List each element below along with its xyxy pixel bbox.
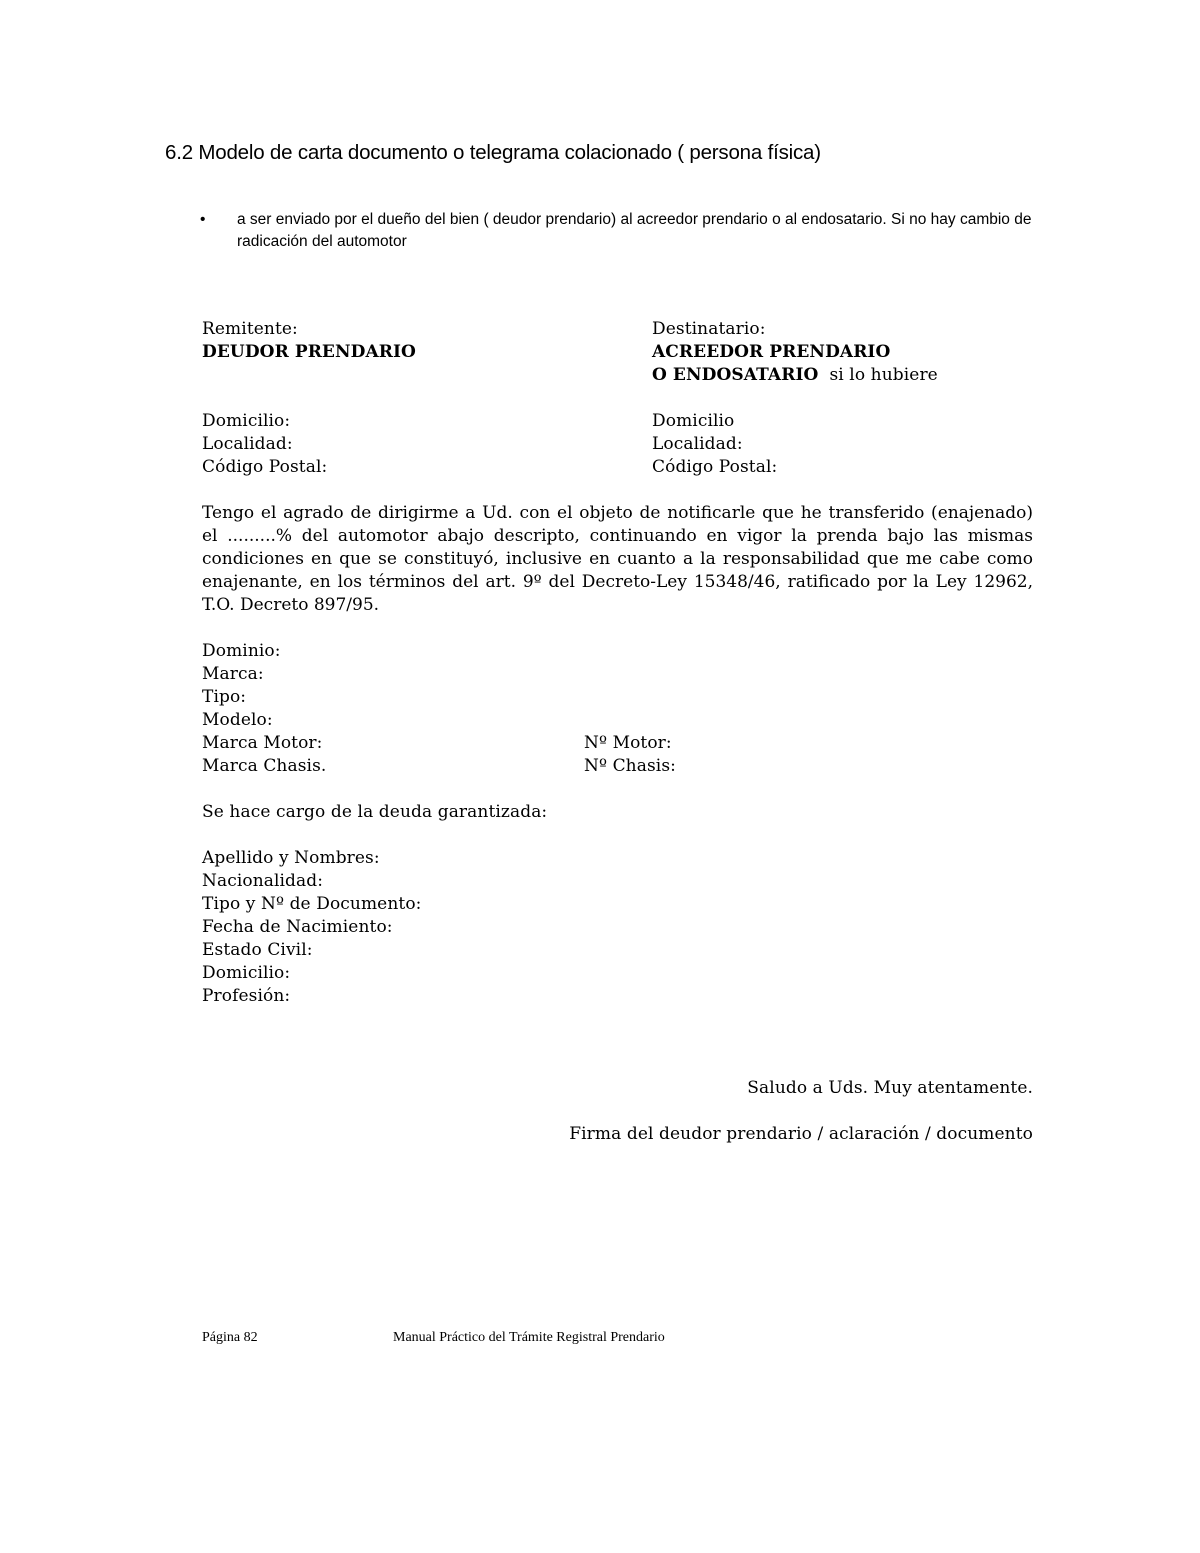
vehicle-model-field: Modelo: (202, 710, 273, 730)
sender-label: Remitente: (202, 318, 622, 341)
vehicle-type-field: Tipo: (202, 687, 246, 707)
bullet-text: a ser enviado por el dueño del bien ( de… (237, 209, 1040, 253)
recipient-block: Destinatario: ACREEDOR PRENDARIO O ENDOS… (652, 318, 1052, 479)
section-heading: 6.2 Modelo de carta documento o telegram… (165, 141, 821, 165)
vehicle-row: Tipo: (202, 686, 802, 709)
document-type-number-field: Tipo y Nº de Documento: (202, 893, 421, 916)
nationality-field: Nacionalidad: (202, 870, 421, 893)
closing-salutation: Saludo a Uds. Muy atentamente. (500, 1077, 1033, 1100)
vehicle-brand-field: Marca: (202, 664, 264, 684)
page-number: Página 82 (202, 1330, 258, 1346)
sender-name: DEUDOR PRENDARIO (202, 341, 622, 364)
footer-title: Manual Práctico del Trámite Registral Pr… (393, 1330, 665, 1346)
birth-date-field: Fecha de Nacimiento: (202, 916, 421, 939)
recipient-name-line1: ACREEDOR PRENDARIO (652, 341, 1052, 364)
bullet-item: • a ser enviado por el dueño del bien ( … (200, 209, 1040, 253)
marital-status-field: Estado Civil: (202, 939, 421, 962)
debt-assumption-text: Se hace cargo de la deuda garantizada: (202, 801, 547, 824)
person-details: Apellido y Nombres: Nacionalidad: Tipo y… (202, 847, 421, 1008)
address-field: Domicilio: (202, 962, 421, 985)
vehicle-details: Dominio: Marca: Tipo: Modelo: Marca Moto… (202, 640, 802, 778)
recipient-locality-field: Localidad: (652, 433, 1052, 456)
chassis-number-field: Nº Chasis: (584, 755, 676, 778)
vehicle-row: Dominio: (202, 640, 802, 663)
chassis-brand-field: Marca Chasis. (202, 756, 326, 776)
recipient-label: Destinatario: (652, 318, 1052, 341)
vehicle-row: Marca Motor: Nº Motor: (202, 732, 802, 755)
vehicle-row: Marca Chasis. Nº Chasis: (202, 755, 802, 778)
bullet-icon: • (200, 209, 230, 231)
vehicle-domain-field: Dominio: (202, 641, 281, 661)
vehicle-row: Marca: (202, 663, 802, 686)
engine-number-field: Nº Motor: (584, 732, 672, 755)
sender-block: Remitente: DEUDOR PRENDARIO Domicilio: L… (202, 318, 622, 479)
sender-address-field: Domicilio: (202, 410, 622, 433)
recipient-name-line2: O ENDOSATARIO (652, 365, 818, 385)
vehicle-row: Modelo: (202, 709, 802, 732)
signature-line: Firma del deudor prendario / aclaración … (480, 1123, 1033, 1146)
recipient-name-suffix: si lo hubiere (829, 365, 937, 385)
sender-locality-field: Localidad: (202, 433, 622, 456)
recipient-postal-code-field: Código Postal: (652, 456, 1052, 479)
sender-postal-code-field: Código Postal: (202, 456, 622, 479)
engine-brand-field: Marca Motor: (202, 733, 323, 753)
document-page: 6.2 Modelo de carta documento o telegram… (0, 0, 1200, 1553)
profession-field: Profesión: (202, 985, 421, 1008)
body-paragraph: Tengo el agrado de dirigirme a Ud. con e… (202, 502, 1033, 617)
full-name-field: Apellido y Nombres: (202, 847, 421, 870)
recipient-address-field: Domicilio (652, 410, 1052, 433)
